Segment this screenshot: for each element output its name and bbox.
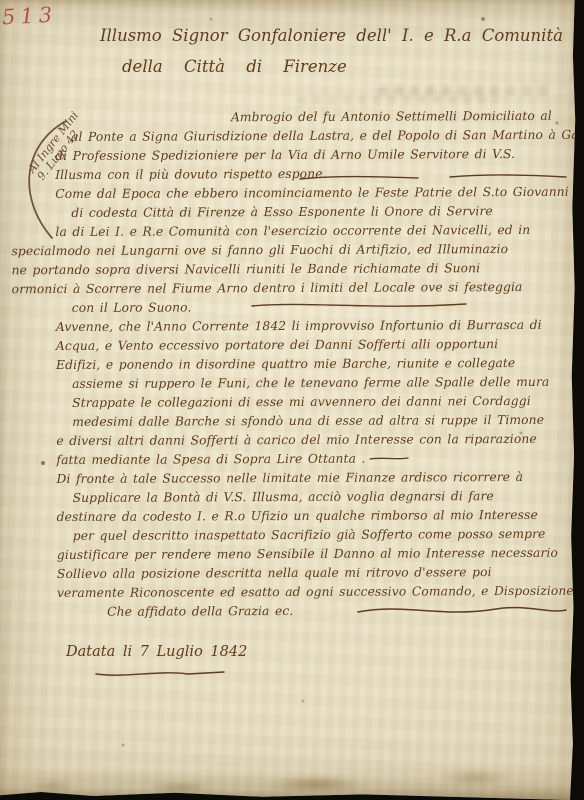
manuscript-line: al Ponte a Signa Giurisdizione della Las… xyxy=(71,126,583,147)
manuscript-line: Edifizi, e ponendo in disordine quattro … xyxy=(56,354,584,375)
paper-stain xyxy=(268,776,363,793)
manuscript-line: Supplicare la Bontà di V.S. Illusma, acc… xyxy=(73,487,584,508)
flourish-line xyxy=(358,604,570,620)
manuscript-line: per quel descritto inaspettato Sacrifizi… xyxy=(73,525,584,546)
manuscript-line: giustificare per rendere meno Sensibile … xyxy=(57,544,584,565)
flourish-line xyxy=(370,455,412,463)
manuscript-page: 513 Illusmo Signor Gonfaloniere dell' I.… xyxy=(0,0,584,800)
manuscript-line: veramente Riconoscente ed esatto ad ogni… xyxy=(57,582,584,603)
paper-stain xyxy=(30,780,75,793)
ink-bleedthrough xyxy=(378,86,550,95)
date-underline-flourish xyxy=(96,668,228,678)
flourish-line xyxy=(300,170,575,184)
paper-stain xyxy=(438,770,513,786)
ink-specks xyxy=(0,0,2,2)
manuscript-line: specialmodo nei Lungarni ove si fanno gl… xyxy=(11,240,583,261)
date-line: Datata li 7 Luglio 1842 xyxy=(66,644,247,660)
salutation-line-1: Illusmo Signor Gonfaloniere dell' I. e R… xyxy=(100,26,563,45)
manuscript-line: di Professione Spedizioniere per la Via … xyxy=(55,145,583,166)
manuscript-line: Come dal Epoca che ebbero incominciament… xyxy=(55,183,583,204)
manuscript-line: medesimi dalle Barche si sfondò una di e… xyxy=(72,411,584,432)
manuscript-line: fatta mediante la Spesa di Sopra Lire Ot… xyxy=(56,449,584,470)
manuscript-line: Avvenne, che l'Anno Corrente 1842 li imp… xyxy=(56,316,584,337)
manuscript-line: ne portando sopra diversi Navicelli riun… xyxy=(12,259,584,280)
manuscript-line: Sollievo alla posizione descritta nella … xyxy=(57,563,584,584)
salutation-line-2: della Città di Firenze xyxy=(122,57,347,76)
folio-number: 513 xyxy=(1,3,57,30)
manuscript-line: destinare da codesto I. e R.o Ufizio un … xyxy=(57,506,584,527)
flourish-line xyxy=(252,300,472,312)
manuscript-line: Di fronte à tale Successo nelle limitate… xyxy=(56,468,584,489)
manuscript-line: Acqua, e Vento eccessivo portatore dei D… xyxy=(56,335,584,356)
manuscript-line: Ambrogio del fu Antonio Settimelli Domic… xyxy=(231,107,583,128)
ink-bleedthrough xyxy=(298,96,498,104)
manuscript-body: Ambrogio del fu Antonio Settimelli Domic… xyxy=(0,107,584,623)
manuscript-line: la di Lei I. e R.e Comunità con l'eserci… xyxy=(55,221,583,242)
manuscript-line: ormonici à Scorrere nel Fiume Arno dentr… xyxy=(12,278,584,299)
paper-stain xyxy=(148,782,213,794)
manuscript-line: Strappate le collegazioni di esse mi avv… xyxy=(72,392,584,413)
manuscript-line: di codesta Città di Firenze à Esso Espon… xyxy=(71,202,583,223)
manuscript-line: e diversi altri danni Sofferti à carico … xyxy=(56,430,584,451)
manuscript-line: assieme si ruppero le Funi, che le tenev… xyxy=(72,373,584,394)
manuscript-scan: { "document": { "folio_number": "513", "… xyxy=(0,0,584,800)
